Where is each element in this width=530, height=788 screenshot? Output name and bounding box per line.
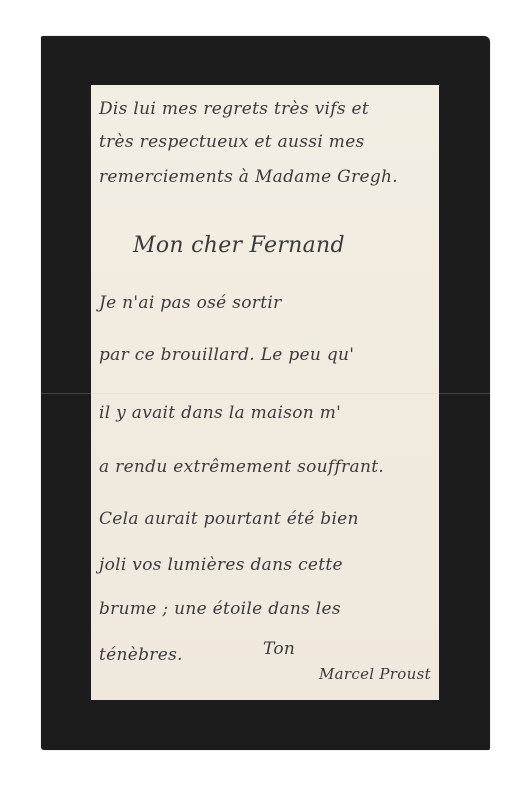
letter-paper: Dis lui mes regrets très vifs et très re… bbox=[91, 85, 439, 700]
mourning-card: Dis lui mes regrets très vifs et très re… bbox=[41, 36, 490, 750]
letter-line: très respectueux et aussi mes bbox=[99, 132, 365, 152]
fold-crease bbox=[91, 393, 439, 395]
salutation: Mon cher Fernand bbox=[133, 233, 345, 258]
letter-line: a rendu extrêmement souffrant. bbox=[99, 457, 384, 477]
letter-line: Dis lui mes regrets très vifs et bbox=[99, 99, 369, 119]
letter-line: par ce brouillard. Le peu qu' bbox=[99, 345, 354, 365]
closing: Ton bbox=[263, 639, 295, 659]
letter-line: Je n'ai pas osé sortir bbox=[99, 293, 282, 313]
letter-line: joli vos lumières dans cette bbox=[99, 555, 343, 575]
letter-line: ténèbres. bbox=[99, 645, 183, 665]
letter-line: Cela aurait pourtant été bien bbox=[99, 509, 359, 529]
signature: Marcel Proust bbox=[319, 665, 431, 683]
letter-line: remerciements à Madame Gregh. bbox=[99, 167, 398, 187]
letter-line: il y avait dans la maison m' bbox=[99, 403, 341, 423]
letter-line: brume ; une étoile dans les bbox=[99, 599, 341, 619]
